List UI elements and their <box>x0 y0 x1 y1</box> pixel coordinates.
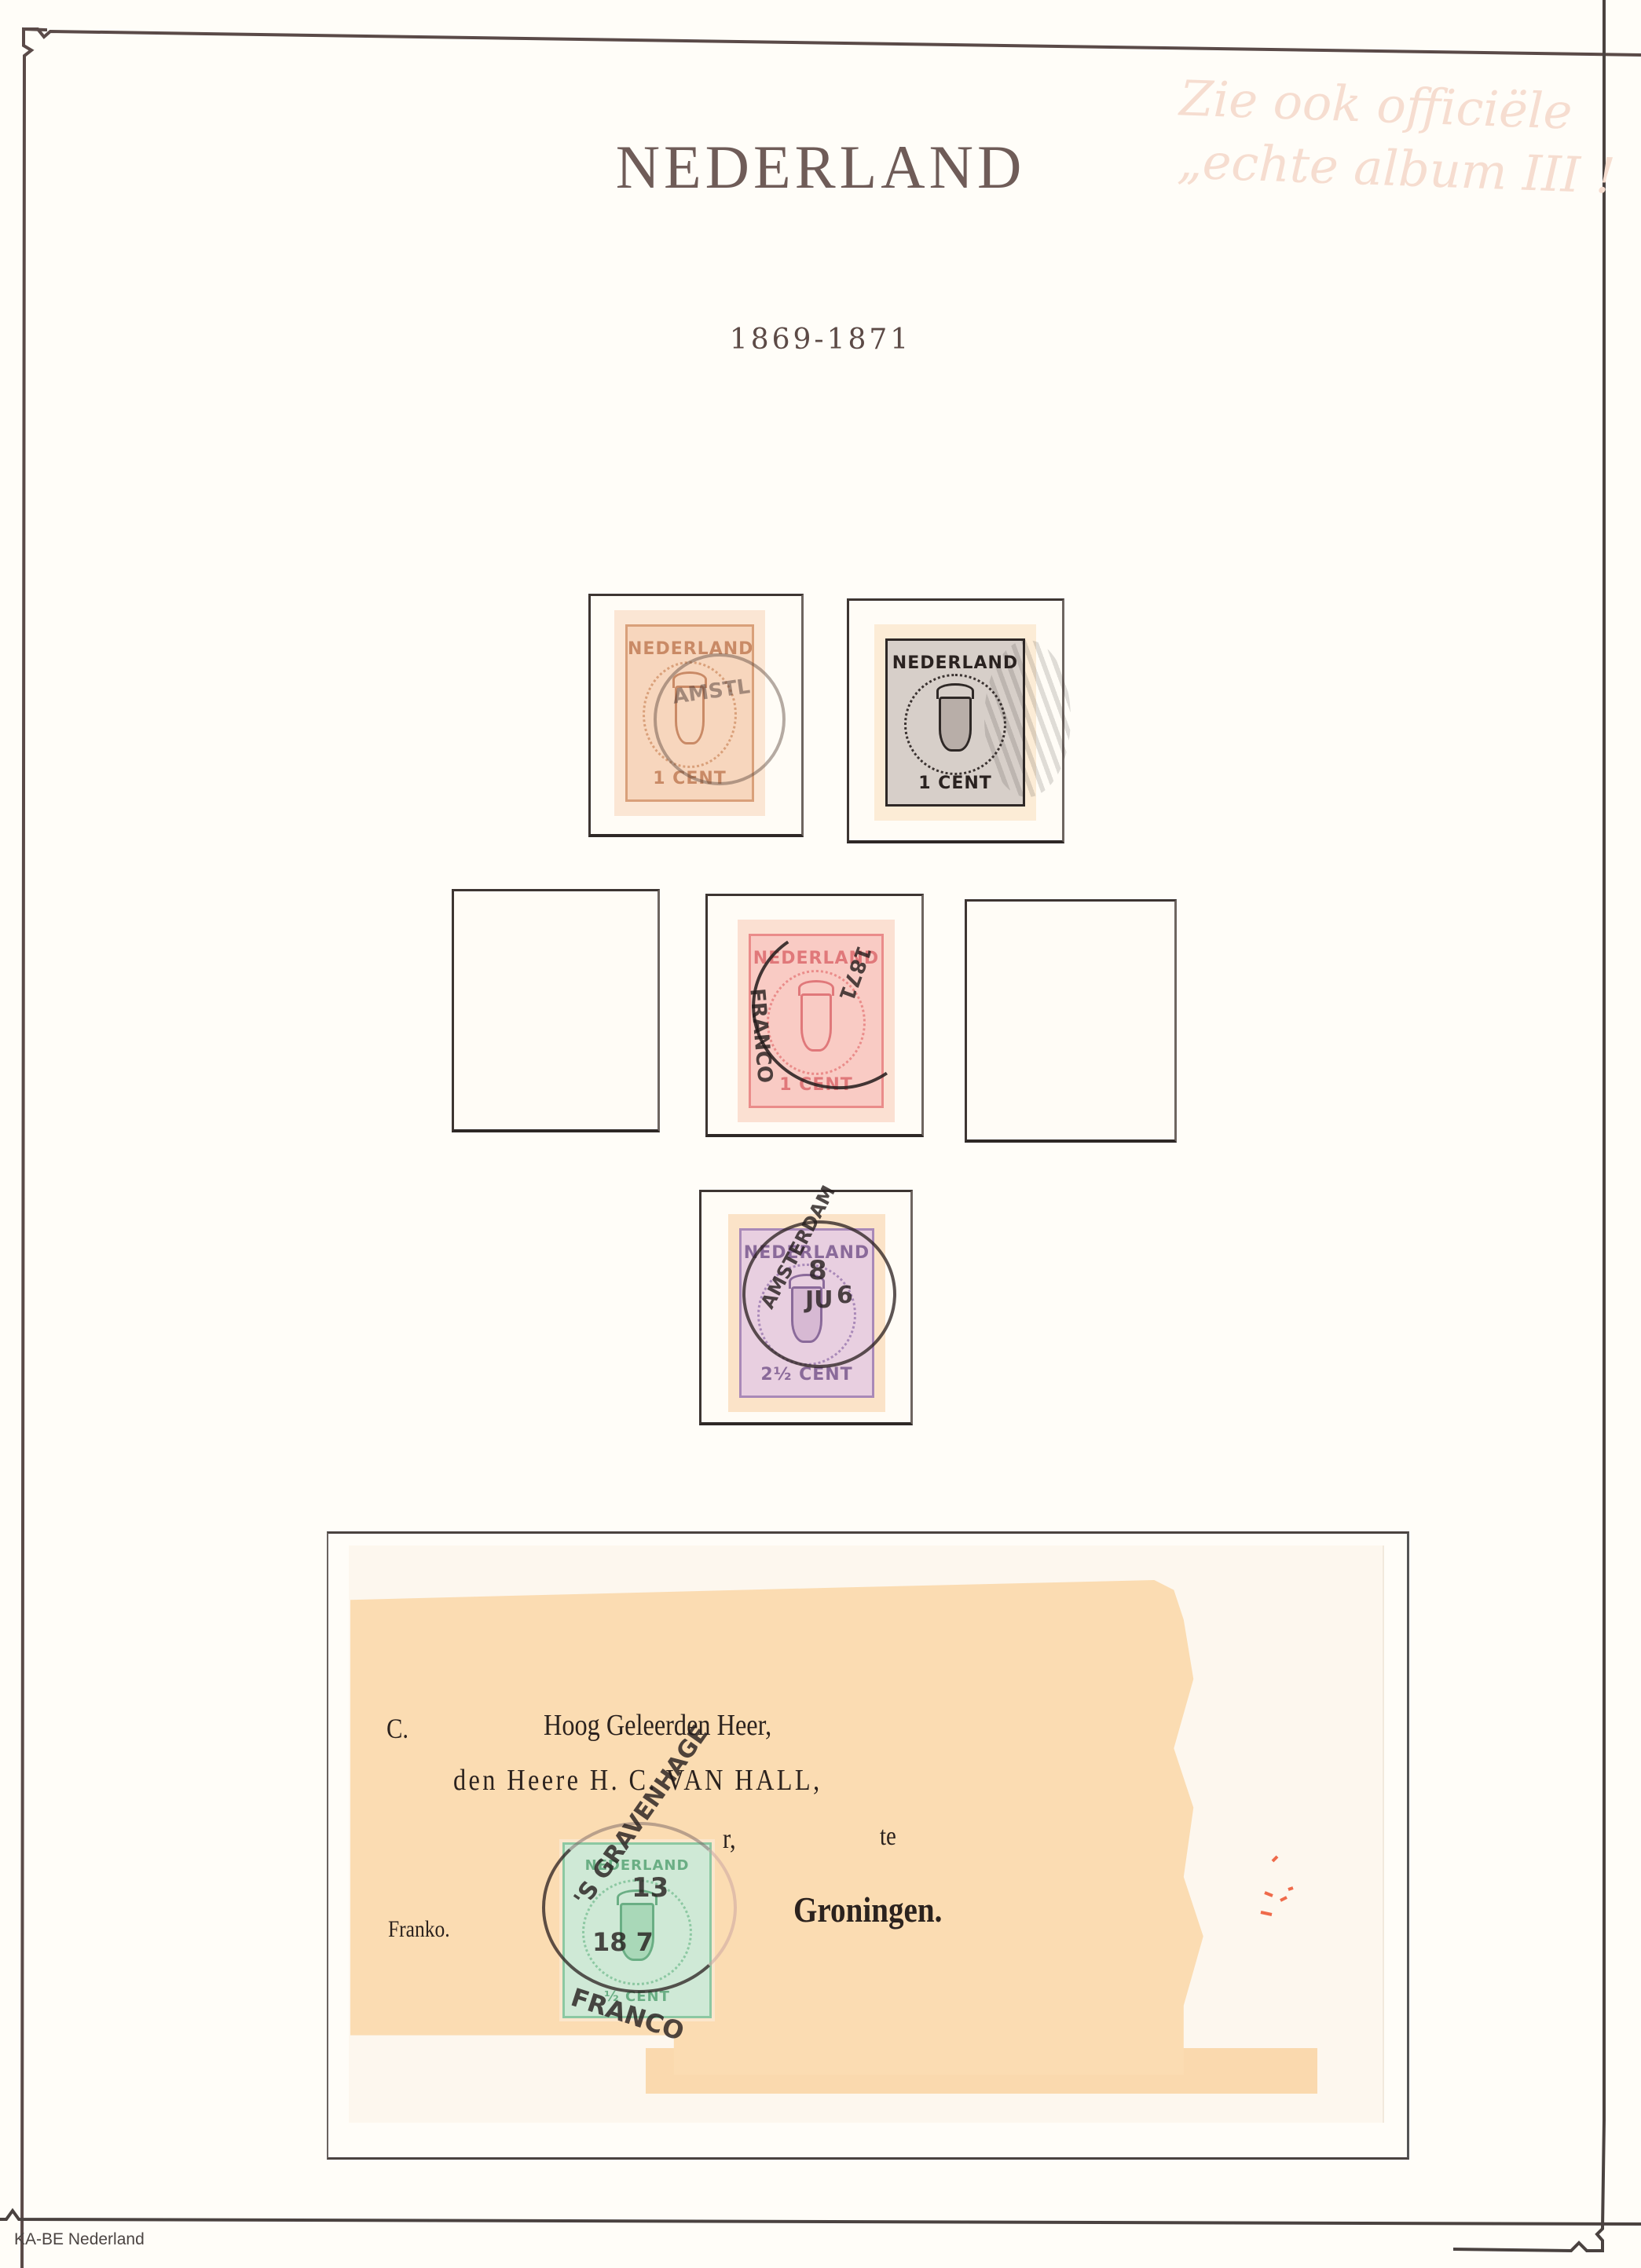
publisher-footer: KA-BE Nederland <box>14 2230 145 2249</box>
postmark: AMSTL <box>654 653 786 785</box>
cover-text-line2: den Heere H. C. VAN HALL, <box>453 1763 822 1798</box>
stamp-mount-row1-right[interactable]: NEDERLAND 1 CENT <box>847 598 1064 843</box>
stamp-mount-row2-left-empty[interactable] <box>452 889 660 1132</box>
stamp-rose-1-cent[interactable]: NEDERLAND 1 CENT FRANCO 1871 <box>738 920 895 1122</box>
cover-text-c: C. <box>386 1712 408 1745</box>
stamp-mount-row2-middle[interactable]: NEDERLAND 1 CENT FRANCO 1871 <box>705 894 924 1137</box>
stamp-violet-2-half-cent[interactable]: NEDERLAND 2½ CENT AMSTERDAM 8 JU 6 <box>728 1214 885 1412</box>
stamp-orange-1-cent[interactable]: NEDERLAND 1 CENT AMSTL <box>614 610 765 816</box>
stamp-value-label: 2½ CENT <box>742 1365 872 1385</box>
postmark <box>984 640 1071 797</box>
stamp-mount-row2-right-empty[interactable] <box>965 899 1177 1143</box>
red-ink-marks <box>1257 1814 1335 1924</box>
cover-text-line3-partial: r, <box>723 1822 736 1855</box>
period-subtitle: 1869-1871 <box>0 324 1641 356</box>
cover-text-line1: Hoog Geleerden Heer, <box>544 1708 771 1743</box>
cover-text-franko: Franko. <box>388 1916 450 1943</box>
cover-text-city: Groningen. <box>793 1889 942 1930</box>
cover-text-te: te <box>880 1822 896 1852</box>
stamp-mount-row3[interactable]: NEDERLAND 2½ CENT AMSTERDAM 8 JU 6 <box>699 1190 913 1425</box>
postmark: AMSTERDAM 8 JU 6 <box>742 1220 896 1368</box>
stamp-mount-row1-left[interactable]: NEDERLAND 1 CENT AMSTL <box>588 594 804 837</box>
handwritten-note: Zie ook officiële „echte album III ! <box>1176 67 1620 207</box>
cover-postmark: 'S GRAVENHAGE 13 18 7 FRANCO <box>542 1822 737 1993</box>
newspaper-wrapper-cover[interactable] <box>350 1580 1331 2075</box>
stamp-black-1-cent[interactable]: NEDERLAND 1 CENT <box>874 624 1036 821</box>
coat-of-arms-icon <box>939 697 971 752</box>
